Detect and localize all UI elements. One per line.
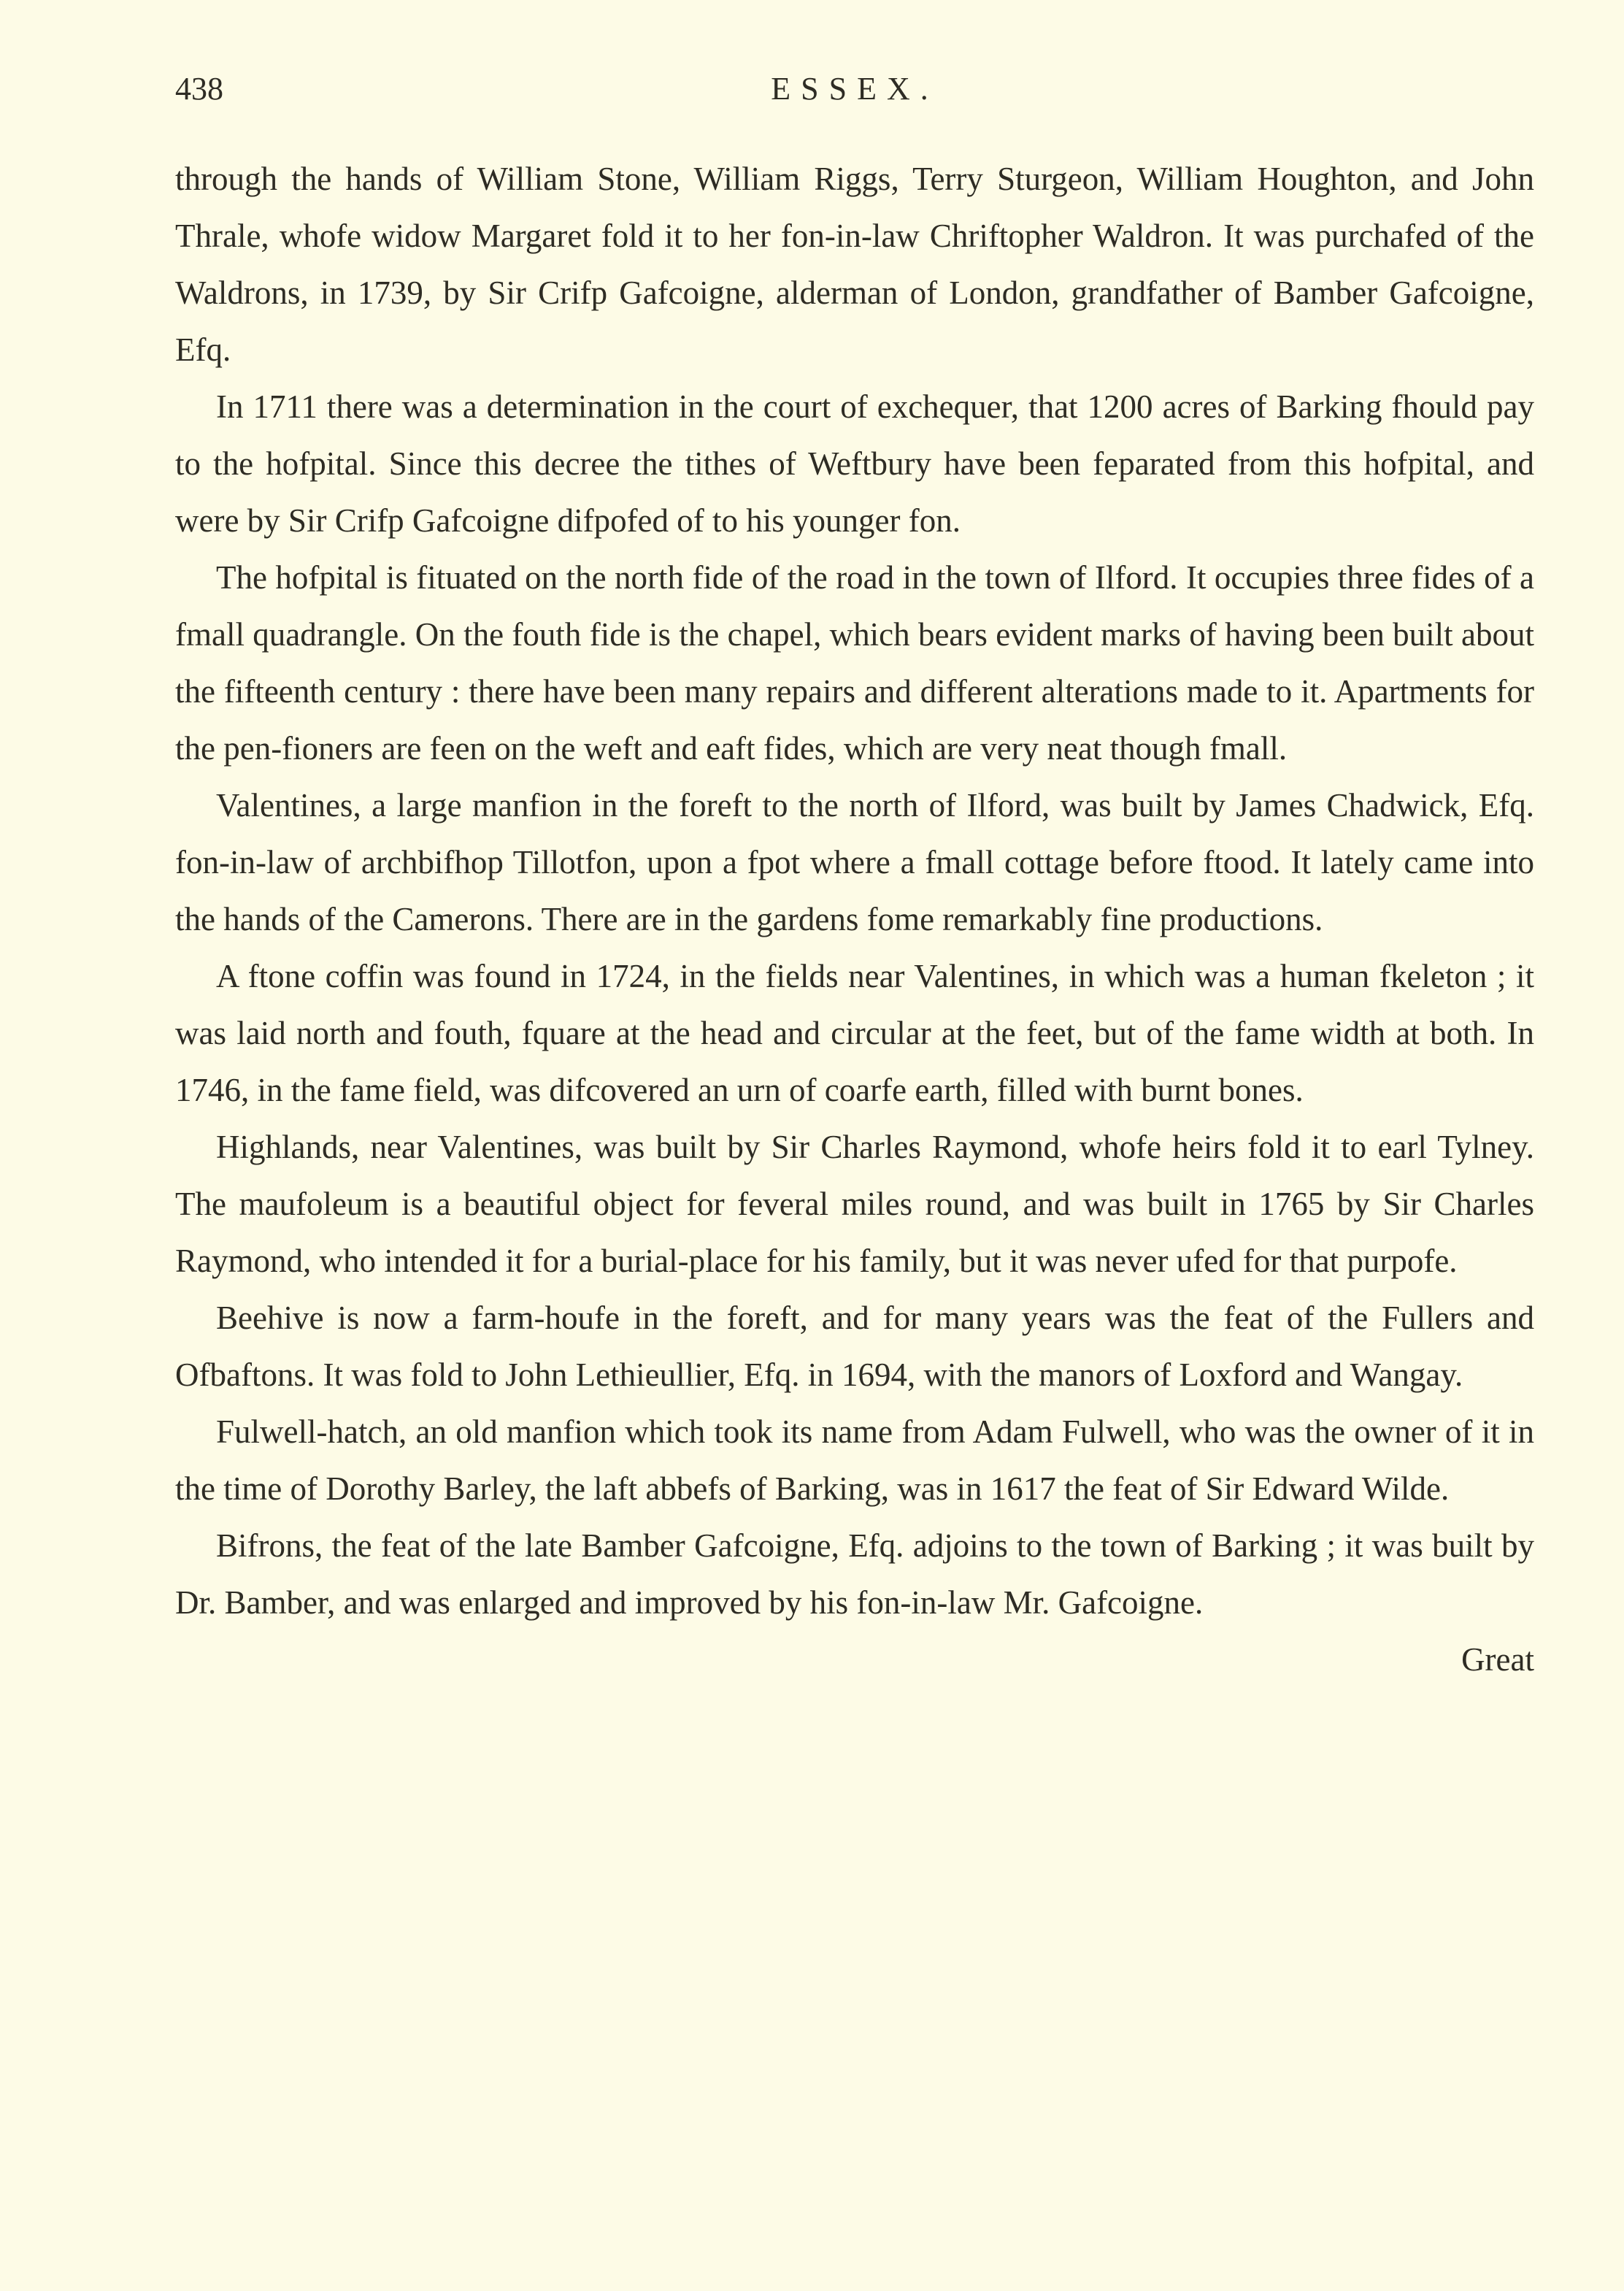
paragraph-continuation: through the hands of William Stone, Will… [175,150,1534,378]
body-text: through the hands of William Stone, Will… [175,150,1534,1631]
running-head: 438 ESSEX. [175,66,1534,117]
paragraph-fulwell-hatch: Fulwell-hatch, an old manfion which took… [175,1403,1534,1517]
book-page: 438 ESSEX. through the hands of William … [175,66,1534,1688]
page-title: ESSEX. [175,70,1534,107]
paragraph-exchequer-1711: In 1711 there was a determination in the… [175,378,1534,549]
paragraph-highlands: Highlands, near Valentines, was built by… [175,1118,1534,1289]
paragraph-bifrons: Bifrons, the feat of the late Bamber Gaf… [175,1517,1534,1631]
paragraph-valentines: Valentines, a large manfion in the foref… [175,777,1534,948]
paragraph-stone-coffin: A ftone coffin was found in 1724, in the… [175,948,1534,1118]
paragraph-beehive: Beehive is now a farm-houfe in the foref… [175,1289,1534,1403]
paragraph-hospital-ilford: The hofpital is fituated on the north fi… [175,549,1534,777]
catchword: Great [175,1631,1534,1688]
